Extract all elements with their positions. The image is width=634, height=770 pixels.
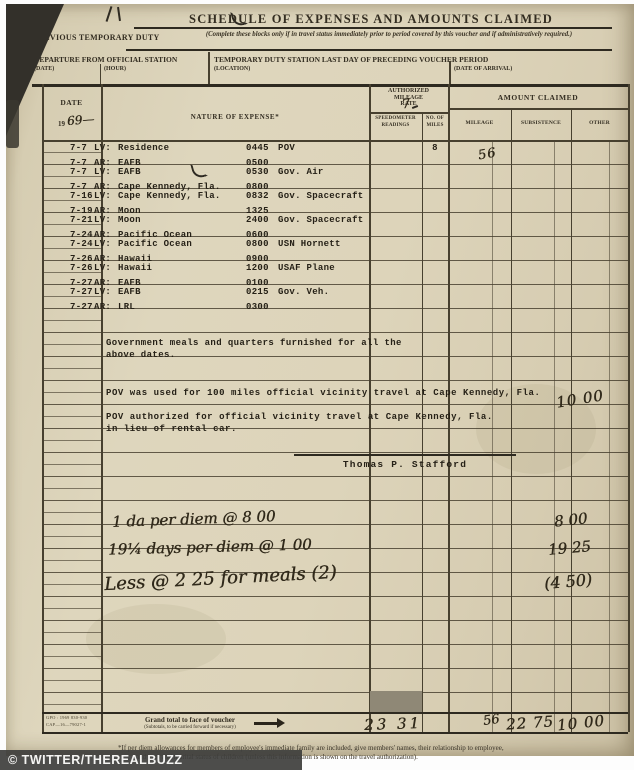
meals-remark-line1: Government meals and quarters furnished … bbox=[106, 338, 402, 348]
row-direction: LV: bbox=[94, 238, 111, 250]
ink-scribble bbox=[117, 7, 121, 21]
departure-label: DEPARTURE FROM OFFICIAL STATION bbox=[34, 55, 177, 64]
year-handwritten: 69— bbox=[66, 112, 94, 128]
table-row: 7-26 LV: Hawaii 1200 USAF Plane bbox=[42, 262, 628, 274]
grand-total-sublabel: (Subtotals, to be carried forward if nec… bbox=[134, 725, 246, 730]
row-date: 7-21 bbox=[70, 214, 93, 226]
divider bbox=[208, 52, 210, 84]
title-rule bbox=[134, 27, 612, 29]
table-top-rule bbox=[32, 84, 628, 87]
row-mode: Gov. Air bbox=[278, 166, 324, 178]
departure-hour-label: (HOUR) bbox=[104, 66, 126, 72]
row-direction: LV: bbox=[94, 142, 111, 154]
row-place: Residence bbox=[118, 142, 169, 154]
ink-scribble bbox=[412, 105, 418, 109]
row-time: 0800 bbox=[246, 238, 269, 250]
row-date: 7-26 bbox=[70, 262, 93, 274]
row-direction: AR: bbox=[94, 301, 111, 313]
grand-total-label: Grand total to face of voucher bbox=[134, 716, 246, 724]
row-time: 0832 bbox=[246, 190, 269, 202]
row-direction: LV: bbox=[94, 262, 111, 274]
divider bbox=[449, 61, 451, 84]
row-time: 0300 bbox=[246, 301, 269, 313]
row-direction: LV: bbox=[94, 190, 111, 202]
grand-total-subsistence-handwritten: 22 75 bbox=[505, 712, 554, 733]
rule bbox=[369, 112, 448, 114]
row-date: 7-24 bbox=[70, 238, 93, 250]
table-row: 7-7 LV: Residence 0445 POV 8 bbox=[42, 142, 628, 154]
row-time: 0445 bbox=[246, 142, 269, 154]
grand-total-mileage-handwritten: 56 bbox=[482, 712, 500, 729]
mileage-amount-handwritten: 56 bbox=[477, 146, 498, 164]
nature-column-header: NATURE OF EXPENSE* bbox=[101, 113, 369, 121]
departure-date-label: (DATE) bbox=[34, 66, 54, 72]
previous-duty-note: (Complete these blocks only if in travel… bbox=[168, 31, 610, 40]
form-title: SCHEDULE OF EXPENSES AND AMOUNTS CLAIMED bbox=[130, 12, 612, 27]
row-place: EAFB bbox=[118, 166, 141, 178]
pov-auth-remark-line1: POV authorized for official vicinity tra… bbox=[106, 412, 493, 422]
row-place: Cape Kennedy, Fla. bbox=[118, 190, 221, 202]
row-date: 7-27 bbox=[70, 301, 93, 313]
speedometer-column-header: Speedometer Readings bbox=[370, 116, 421, 129]
tdy-label: TEMPORARY DUTY STATION LAST DAY OF PRECE… bbox=[214, 55, 614, 64]
row-mode: Gov. Spacecraft bbox=[278, 190, 364, 202]
other-column-header: Other bbox=[571, 120, 628, 127]
voucher-scan: SCHEDULE OF EXPENSES AND AMOUNTS CLAIMED… bbox=[0, 0, 634, 770]
grand-total-arrow-icon bbox=[254, 722, 278, 725]
row-place: Moon bbox=[118, 214, 141, 226]
row-time: 1200 bbox=[246, 262, 269, 274]
mileage-column-header: Mileage bbox=[448, 120, 511, 127]
claim-amount-1: 8 00 bbox=[553, 509, 588, 530]
form-code-line1: GPO : 1969 830-930 bbox=[46, 715, 87, 720]
pov-used-remark: POV was used for 100 miles official vici… bbox=[106, 388, 540, 398]
meals-remark-line2: above dates. bbox=[106, 350, 176, 360]
pov-auth-remark-line2: in lieu of rental car. bbox=[106, 424, 237, 434]
tdy-arrival-label: (DATE OF ARRIVAL) bbox=[454, 66, 512, 72]
year-prefix: 19 bbox=[58, 120, 65, 128]
row-mode: Gov. Veh. bbox=[278, 286, 329, 298]
scan-edge-blotch bbox=[6, 100, 19, 148]
row-miles: 8 bbox=[422, 142, 448, 154]
row-date: 7-7 bbox=[70, 142, 87, 154]
table-right-border bbox=[628, 84, 630, 732]
table-row: 7-27 AR: LRL 0300 bbox=[42, 301, 628, 313]
row-direction: LV: bbox=[94, 166, 111, 178]
date-column-header: DATE bbox=[42, 98, 101, 107]
row-date: 7-27 bbox=[70, 286, 93, 298]
table-row: 7-27 LV: EAFB 0215 Gov. Veh. bbox=[42, 286, 628, 298]
table-row: 7-21 LV: Moon 2400 Gov. Spacecraft bbox=[42, 214, 628, 226]
form-code-line2: CAP—16—79027-1 bbox=[46, 722, 86, 727]
subsistence-column-header: Subsistence bbox=[511, 120, 571, 127]
row-mode: Gov. Spacecraft bbox=[278, 214, 364, 226]
table-row: 7-24 LV: Pacific Ocean 0800 USN Hornett bbox=[42, 238, 628, 250]
miles-column-header: No. of Miles bbox=[422, 116, 448, 129]
grand-total-subtotal-handwritten: 23 31 bbox=[364, 714, 423, 734]
divider bbox=[100, 64, 101, 84]
band-rule bbox=[126, 49, 612, 51]
row-mode: POV bbox=[278, 142, 295, 154]
amount-claimed-header: AMOUNT CLAIMED bbox=[448, 93, 628, 102]
table-row: 7-7 LV: EAFB 0530 Gov. Air bbox=[42, 166, 628, 178]
ink-scribble bbox=[106, 6, 113, 22]
tdy-location-label: (LOCATION) bbox=[214, 66, 250, 72]
row-direction: LV: bbox=[94, 286, 111, 298]
row-direction: LV: bbox=[94, 214, 111, 226]
signature-rule bbox=[294, 454, 516, 456]
row-place: EAFB bbox=[118, 286, 141, 298]
row-time: 0215 bbox=[246, 286, 269, 298]
table-row: 7-16 LV: Cape Kennedy, Fla. 0832 Gov. Sp… bbox=[42, 190, 628, 202]
row-date: 7-7 bbox=[70, 166, 87, 178]
row-mode: USAF Plane bbox=[278, 262, 335, 274]
rate-header-line1: AUTHORIZED bbox=[388, 88, 429, 94]
paper-sheet: SCHEDULE OF EXPENSES AND AMOUNTS CLAIMED… bbox=[6, 4, 634, 756]
row-place: LRL bbox=[118, 301, 135, 313]
signature-name: Thomas P. Stafford bbox=[294, 459, 516, 470]
grand-total-bottom-rule bbox=[42, 732, 628, 734]
row-place: Pacific Ocean bbox=[118, 238, 192, 250]
row-mode: USN Hornett bbox=[278, 238, 341, 250]
row-place: Hawaii bbox=[118, 262, 152, 274]
shaded-cell bbox=[370, 691, 422, 712]
claim-amount-2: 19 25 bbox=[547, 537, 591, 559]
row-time: 0530 bbox=[246, 166, 269, 178]
row-time: 2400 bbox=[246, 214, 269, 226]
row-date: 7-16 bbox=[70, 190, 93, 202]
watermark: © TWITTER/THEREALBUZZ bbox=[0, 750, 302, 770]
previous-duty-label: PREVIOUS TEMPORARY DUTY bbox=[33, 33, 160, 42]
rule bbox=[448, 108, 628, 110]
